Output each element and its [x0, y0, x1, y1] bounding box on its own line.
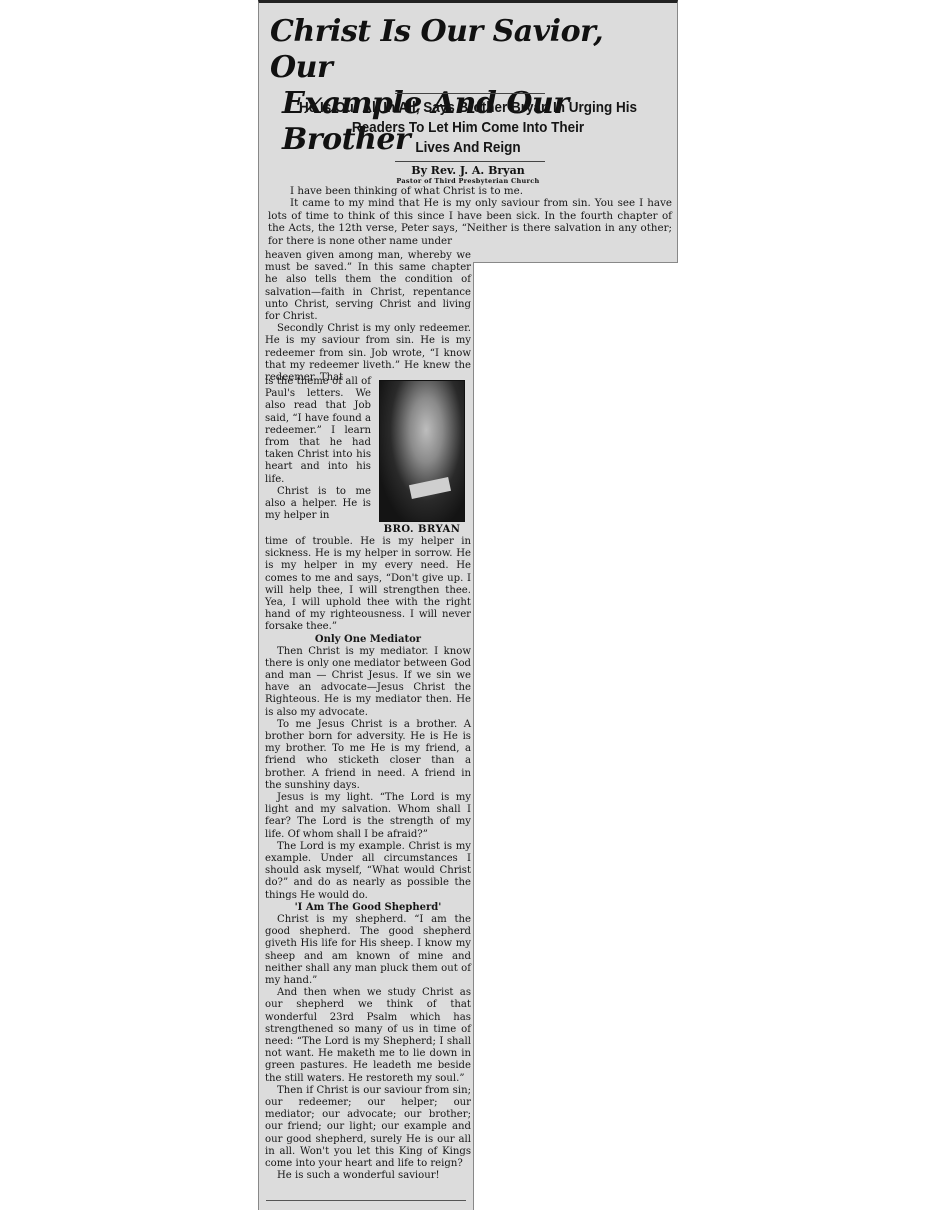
subhead-mediator: Only One Mediator	[265, 634, 471, 646]
column-b: time of trouble. He is my helper in sick…	[265, 536, 471, 1182]
deck-line-3: Lives And Reign	[283, 138, 654, 158]
divider	[266, 1200, 466, 1201]
author-name: By Rev. J. A. Bryan	[262, 164, 674, 177]
intro-text: I have been thinking of what Christ is t…	[268, 185, 672, 247]
paragraph: time of trouble. He is my helper in sick…	[265, 536, 471, 634]
paragraph: And then when we study Christ as our she…	[265, 987, 471, 1085]
collar-shape	[409, 477, 451, 499]
author-title: Pastor of Third Presbyterian Church	[262, 177, 674, 185]
deck-line-1: He Is Our All In All, Says Brother Bryan…	[283, 98, 654, 118]
divider	[395, 93, 545, 94]
column-narrow: is the theme of all of Paul's letters. W…	[265, 376, 371, 522]
deck-line-2: Readers To Let Him Come Into Their	[283, 118, 654, 138]
paragraph: It came to my mind that He is my only sa…	[268, 197, 672, 247]
paragraph: Christ is my shepherd. “I am the good sh…	[265, 914, 471, 987]
photo-caption: BRO. BRYAN	[379, 524, 465, 535]
column-a: heaven given among man, whereby we must …	[265, 250, 471, 384]
paragraph: The Lord is my example. Christ is my exa…	[265, 841, 471, 902]
byline: By Rev. J. A. Bryan Pastor of Third Pres…	[262, 164, 674, 185]
paragraph: heaven given among man, whereby we must …	[265, 250, 471, 323]
paragraph: He is such a wonderful saviour!	[265, 1170, 471, 1182]
paragraph: Then Christ is my mediator. I know there…	[265, 646, 471, 719]
divider	[395, 161, 545, 162]
paragraph: Christ is to me also a helper. He is my …	[265, 486, 371, 523]
subheadline-deck: He Is Our All In All, Says Brother Bryan…	[283, 98, 654, 158]
paragraph: Jesus is my light. “The Lord is my light…	[265, 792, 471, 841]
paragraph: Then if Christ is our saviour from sin; …	[265, 1085, 471, 1170]
headline-line-1: Christ Is Our Savior, Our	[268, 14, 668, 86]
paragraph: I have been thinking of what Christ is t…	[268, 185, 672, 197]
subhead-shepherd: 'I Am The Good Shepherd'	[265, 902, 471, 914]
portrait-photo-icon	[379, 380, 465, 522]
paragraph: is the theme of all of Paul's letters. W…	[265, 376, 371, 486]
paragraph: To me Jesus Christ is a brother. A broth…	[265, 719, 471, 792]
